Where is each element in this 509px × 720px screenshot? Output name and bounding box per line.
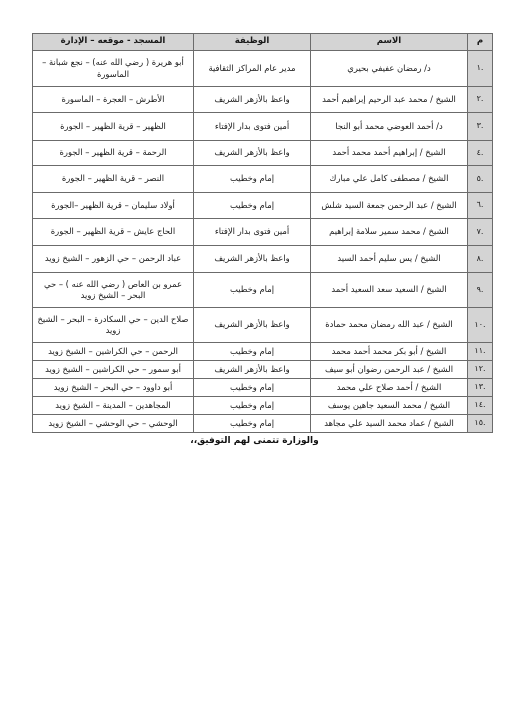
- header-mosque: المسجد - موقعه – الإدارة: [33, 34, 194, 51]
- job-title: إمام وخطيب: [194, 397, 311, 415]
- mosque-location: أبو هريرة ( رضي الله عنه) – نجع شبانة – …: [33, 51, 194, 87]
- document-page: م الاسم الوظيفة المسجد - موقعه – الإدارة…: [0, 0, 509, 720]
- mosque-location: الرحمن – حي الكراشين – الشيخ زويد: [33, 343, 194, 361]
- job-title: إمام وخطيب: [194, 166, 311, 193]
- job-title: إمام وخطيب: [194, 415, 311, 433]
- mosque-location: الأطرش – العجرة – الماسورة: [33, 87, 194, 113]
- row-number: .٥: [468, 166, 493, 193]
- mosque-location: أبو سمور – حي الكراشين – الشيخ زويد: [33, 361, 194, 379]
- table-row: .١٣الشيخ / أحمد صلاح علي محمدإمام وخطيبأ…: [33, 379, 493, 397]
- closing-note: والوزارة تتمنى لهم التوفيق،،: [0, 436, 509, 446]
- table-row: .٤الشيخ / إبراهيم أحمد محمد أحمدواعظ بال…: [33, 141, 493, 166]
- table-row: .٢الشيخ / محمد عبد الرحيم إبراهيم أحمدوا…: [33, 87, 493, 113]
- mosque-location: أبو داوود – حي البحر – الشيخ زويد: [33, 379, 194, 397]
- job-title: إمام وخطيب: [194, 343, 311, 361]
- row-number: .٢: [468, 87, 493, 113]
- mosque-location: عباد الرحمن – حي الزهور – الشيخ زويد: [33, 246, 194, 273]
- header-name: الاسم: [311, 34, 468, 51]
- row-number: .١٢: [468, 361, 493, 379]
- person-name: الشيخ / عبد الرحمن جمعة السيد شلش: [311, 193, 468, 219]
- job-title: واعظ بالأزهر الشريف: [194, 87, 311, 113]
- person-name: الشيخ / أحمد صلاح علي محمد: [311, 379, 468, 397]
- person-name: الشيخ / عماد محمد السيد علي مجاهد: [311, 415, 468, 433]
- mosque-location: المجاهدين – المدينة – الشيخ زويد: [33, 397, 194, 415]
- row-number: .٤: [468, 141, 493, 166]
- table-row: .١٠الشيخ / عبد الله رمضان محمد حمادةواعظ…: [33, 308, 493, 343]
- person-name: د/ رمضان عفيفي بحيري: [311, 51, 468, 87]
- table-body: .١د/ رمضان عفيفي بحيريمدير عام المراكز ا…: [33, 51, 493, 433]
- job-title: واعظ بالأزهر الشريف: [194, 246, 311, 273]
- row-number: .١: [468, 51, 493, 87]
- table-row: .١٢الشيخ / عبد الرحمن رضوان أبو سيفواعظ …: [33, 361, 493, 379]
- table-row: .٩الشيخ / السعيد سعد السعيد أحمدإمام وخط…: [33, 273, 493, 308]
- header-job: الوظيفة: [194, 34, 311, 51]
- person-name: الشيخ / محمد سمير سلامة إبراهيم: [311, 219, 468, 246]
- table-header-row: م الاسم الوظيفة المسجد - موقعه – الإدارة: [33, 34, 493, 51]
- row-number: .٣: [468, 113, 493, 141]
- mosque-location: صلاح الدين – حي السكادرة – البحر – الشيخ…: [33, 308, 194, 343]
- job-title: إمام وخطيب: [194, 193, 311, 219]
- person-name: الشيخ / إبراهيم أحمد محمد أحمد: [311, 141, 468, 166]
- mosque-location: الوحشي – حي الوحشي – الشيخ زويد: [33, 415, 194, 433]
- header-num: م: [468, 34, 493, 51]
- mosque-location: الحاج عايش – قرية الظهير – الجورة: [33, 219, 194, 246]
- table-row: .٣د/ أحمد العوضي محمد أبو النجاأمين فتوى…: [33, 113, 493, 141]
- row-number: .١٠: [468, 308, 493, 343]
- job-title: واعظ بالأزهر الشريف: [194, 308, 311, 343]
- row-number: .١١: [468, 343, 493, 361]
- row-number: .١٤: [468, 397, 493, 415]
- table-row: .٦الشيخ / عبد الرحمن جمعة السيد شلشإمام …: [33, 193, 493, 219]
- row-number: .٦: [468, 193, 493, 219]
- person-name: الشيخ / السعيد سعد السعيد أحمد: [311, 273, 468, 308]
- job-title: واعظ بالأزهر الشريف: [194, 361, 311, 379]
- mosque-location: عمرو بن العاص ( رضي الله عنه ) – حي البح…: [33, 273, 194, 308]
- assignments-table: م الاسم الوظيفة المسجد - موقعه – الإدارة…: [32, 33, 493, 433]
- mosque-location: الظهير – قرية الظهير – الجورة: [33, 113, 194, 141]
- table-row: .١١الشيخ / أبو بكر محمد أحمد محمدإمام وخ…: [33, 343, 493, 361]
- row-number: .٩: [468, 273, 493, 308]
- table-row: .١٤الشيخ / محمد السعيد جاهين يوسفإمام وخ…: [33, 397, 493, 415]
- table-row: .٨الشيخ / يس سليم أحمد السيدواعظ بالأزهر…: [33, 246, 493, 273]
- person-name: الشيخ / محمد السعيد جاهين يوسف: [311, 397, 468, 415]
- row-number: .٧: [468, 219, 493, 246]
- job-title: إمام وخطيب: [194, 273, 311, 308]
- mosque-location: النصر – قرية الظهير – الجورة: [33, 166, 194, 193]
- table-row: .١د/ رمضان عفيفي بحيريمدير عام المراكز ا…: [33, 51, 493, 87]
- job-title: أمين فتوى بدار الإفتاء: [194, 219, 311, 246]
- job-title: إمام وخطيب: [194, 379, 311, 397]
- person-name: الشيخ / يس سليم أحمد السيد: [311, 246, 468, 273]
- job-title: أمين فتوى بدار الإفتاء: [194, 113, 311, 141]
- person-name: الشيخ / عبد الرحمن رضوان أبو سيف: [311, 361, 468, 379]
- row-number: .٨: [468, 246, 493, 273]
- mosque-location: الرحمة – قرية الظهير – الجورة: [33, 141, 194, 166]
- mosque-location: أولاد سليمان – قرية الظهير –الجورة: [33, 193, 194, 219]
- table-row: .١٥الشيخ / عماد محمد السيد علي مجاهدإمام…: [33, 415, 493, 433]
- person-name: الشيخ / مصطفى كامل علي مبارك: [311, 166, 468, 193]
- table-row: .٧الشيخ / محمد سمير سلامة إبراهيمأمين فت…: [33, 219, 493, 246]
- person-name: الشيخ / محمد عبد الرحيم إبراهيم أحمد: [311, 87, 468, 113]
- job-title: واعظ بالأزهر الشريف: [194, 141, 311, 166]
- person-name: الشيخ / عبد الله رمضان محمد حمادة: [311, 308, 468, 343]
- job-title: مدير عام المراكز الثقافية: [194, 51, 311, 87]
- person-name: الشيخ / أبو بكر محمد أحمد محمد: [311, 343, 468, 361]
- row-number: .١٣: [468, 379, 493, 397]
- table-row: .٥الشيخ / مصطفى كامل علي مباركإمام وخطيب…: [33, 166, 493, 193]
- row-number: .١٥: [468, 415, 493, 433]
- person-name: د/ أحمد العوضي محمد أبو النجا: [311, 113, 468, 141]
